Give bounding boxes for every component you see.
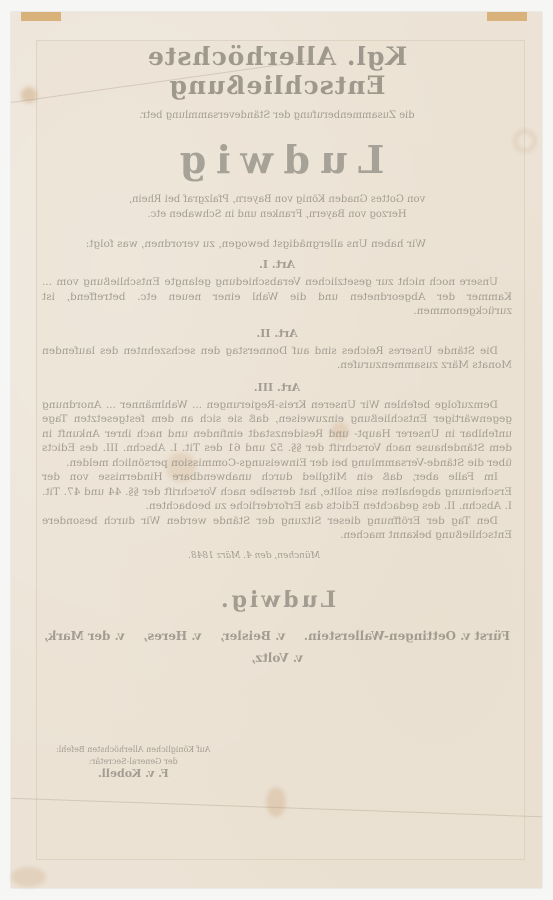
titles-line: von Gottes Gnaden König von Bayern, Pfal… [38, 192, 516, 207]
minister-name: v. Voltz, [251, 651, 302, 665]
header-title: Kgl. Allerhöchste Entschließung [38, 42, 516, 100]
tape-strip [487, 12, 527, 21]
countersign-line: Auf Königlichen Allerhöchsten Befehl: [56, 744, 211, 756]
minister-signatures: Fürst v. Oettingen-Wallerstein. v. Beisl… [38, 629, 516, 643]
ring-stain [514, 130, 536, 152]
date-line: München, den 4. März 1848. [38, 551, 516, 561]
article-text: Unsere noch nicht zur gesetzlichen Verab… [38, 275, 516, 319]
minister-signature: v. Beisler, [220, 629, 285, 643]
article-label: Art. II. [38, 327, 516, 340]
minister-name: v. der Mark, [44, 629, 125, 643]
article-text: Die Stände Unseres Reiches sind auf Donn… [38, 344, 516, 373]
minister-name: v. Heres, [143, 629, 201, 643]
header-subtitle: die Zusammenberufung der Ständeversammlu… [38, 110, 516, 121]
minister-signature: Fürst v. Oettingen-Wallerstein. [304, 629, 510, 643]
closing-paragraph: Im Falle aber, daß ein Mitglied durch un… [38, 470, 516, 514]
sovereign-titles: von Gottes Gnaden König von Bayern, Pfal… [38, 192, 516, 222]
sovereign-name: Ludwig [38, 137, 516, 182]
stain [11, 867, 46, 887]
minister-name: Fürst v. Oettingen-Wallerstein. [304, 629, 510, 643]
minister-name: v. Beisler, [220, 629, 285, 643]
article-label: Art. III. [38, 381, 516, 394]
intro-text: Wir haben Uns allergnädigst bewogen, zu … [38, 238, 516, 250]
titles-line: Herzog von Bayern, Franken und in Schwab… [38, 207, 516, 222]
countersignature: Auf Königlichen Allerhöchsten Befehl: de… [56, 744, 211, 780]
closing-paragraph: Den Tag der Eröffnung dieser Sitzung der… [38, 514, 516, 543]
stain [21, 87, 37, 103]
minister-signature: v. der Mark, [44, 629, 125, 643]
article-label: Art. I. [38, 258, 516, 271]
article-text: Demzufolge befehlen Wir Unseren Kreis-Re… [38, 398, 516, 471]
minister-signature: v. Voltz, [38, 651, 516, 665]
countersign-name: F. v. Kobell. [56, 768, 211, 780]
royal-signature: Ludwig. [38, 587, 516, 613]
mirrored-proclamation-text: Kgl. Allerhöchste Entschließung die Zusa… [38, 40, 516, 850]
minister-signature: v. Heres, [143, 629, 201, 643]
tape-strip [21, 12, 61, 21]
